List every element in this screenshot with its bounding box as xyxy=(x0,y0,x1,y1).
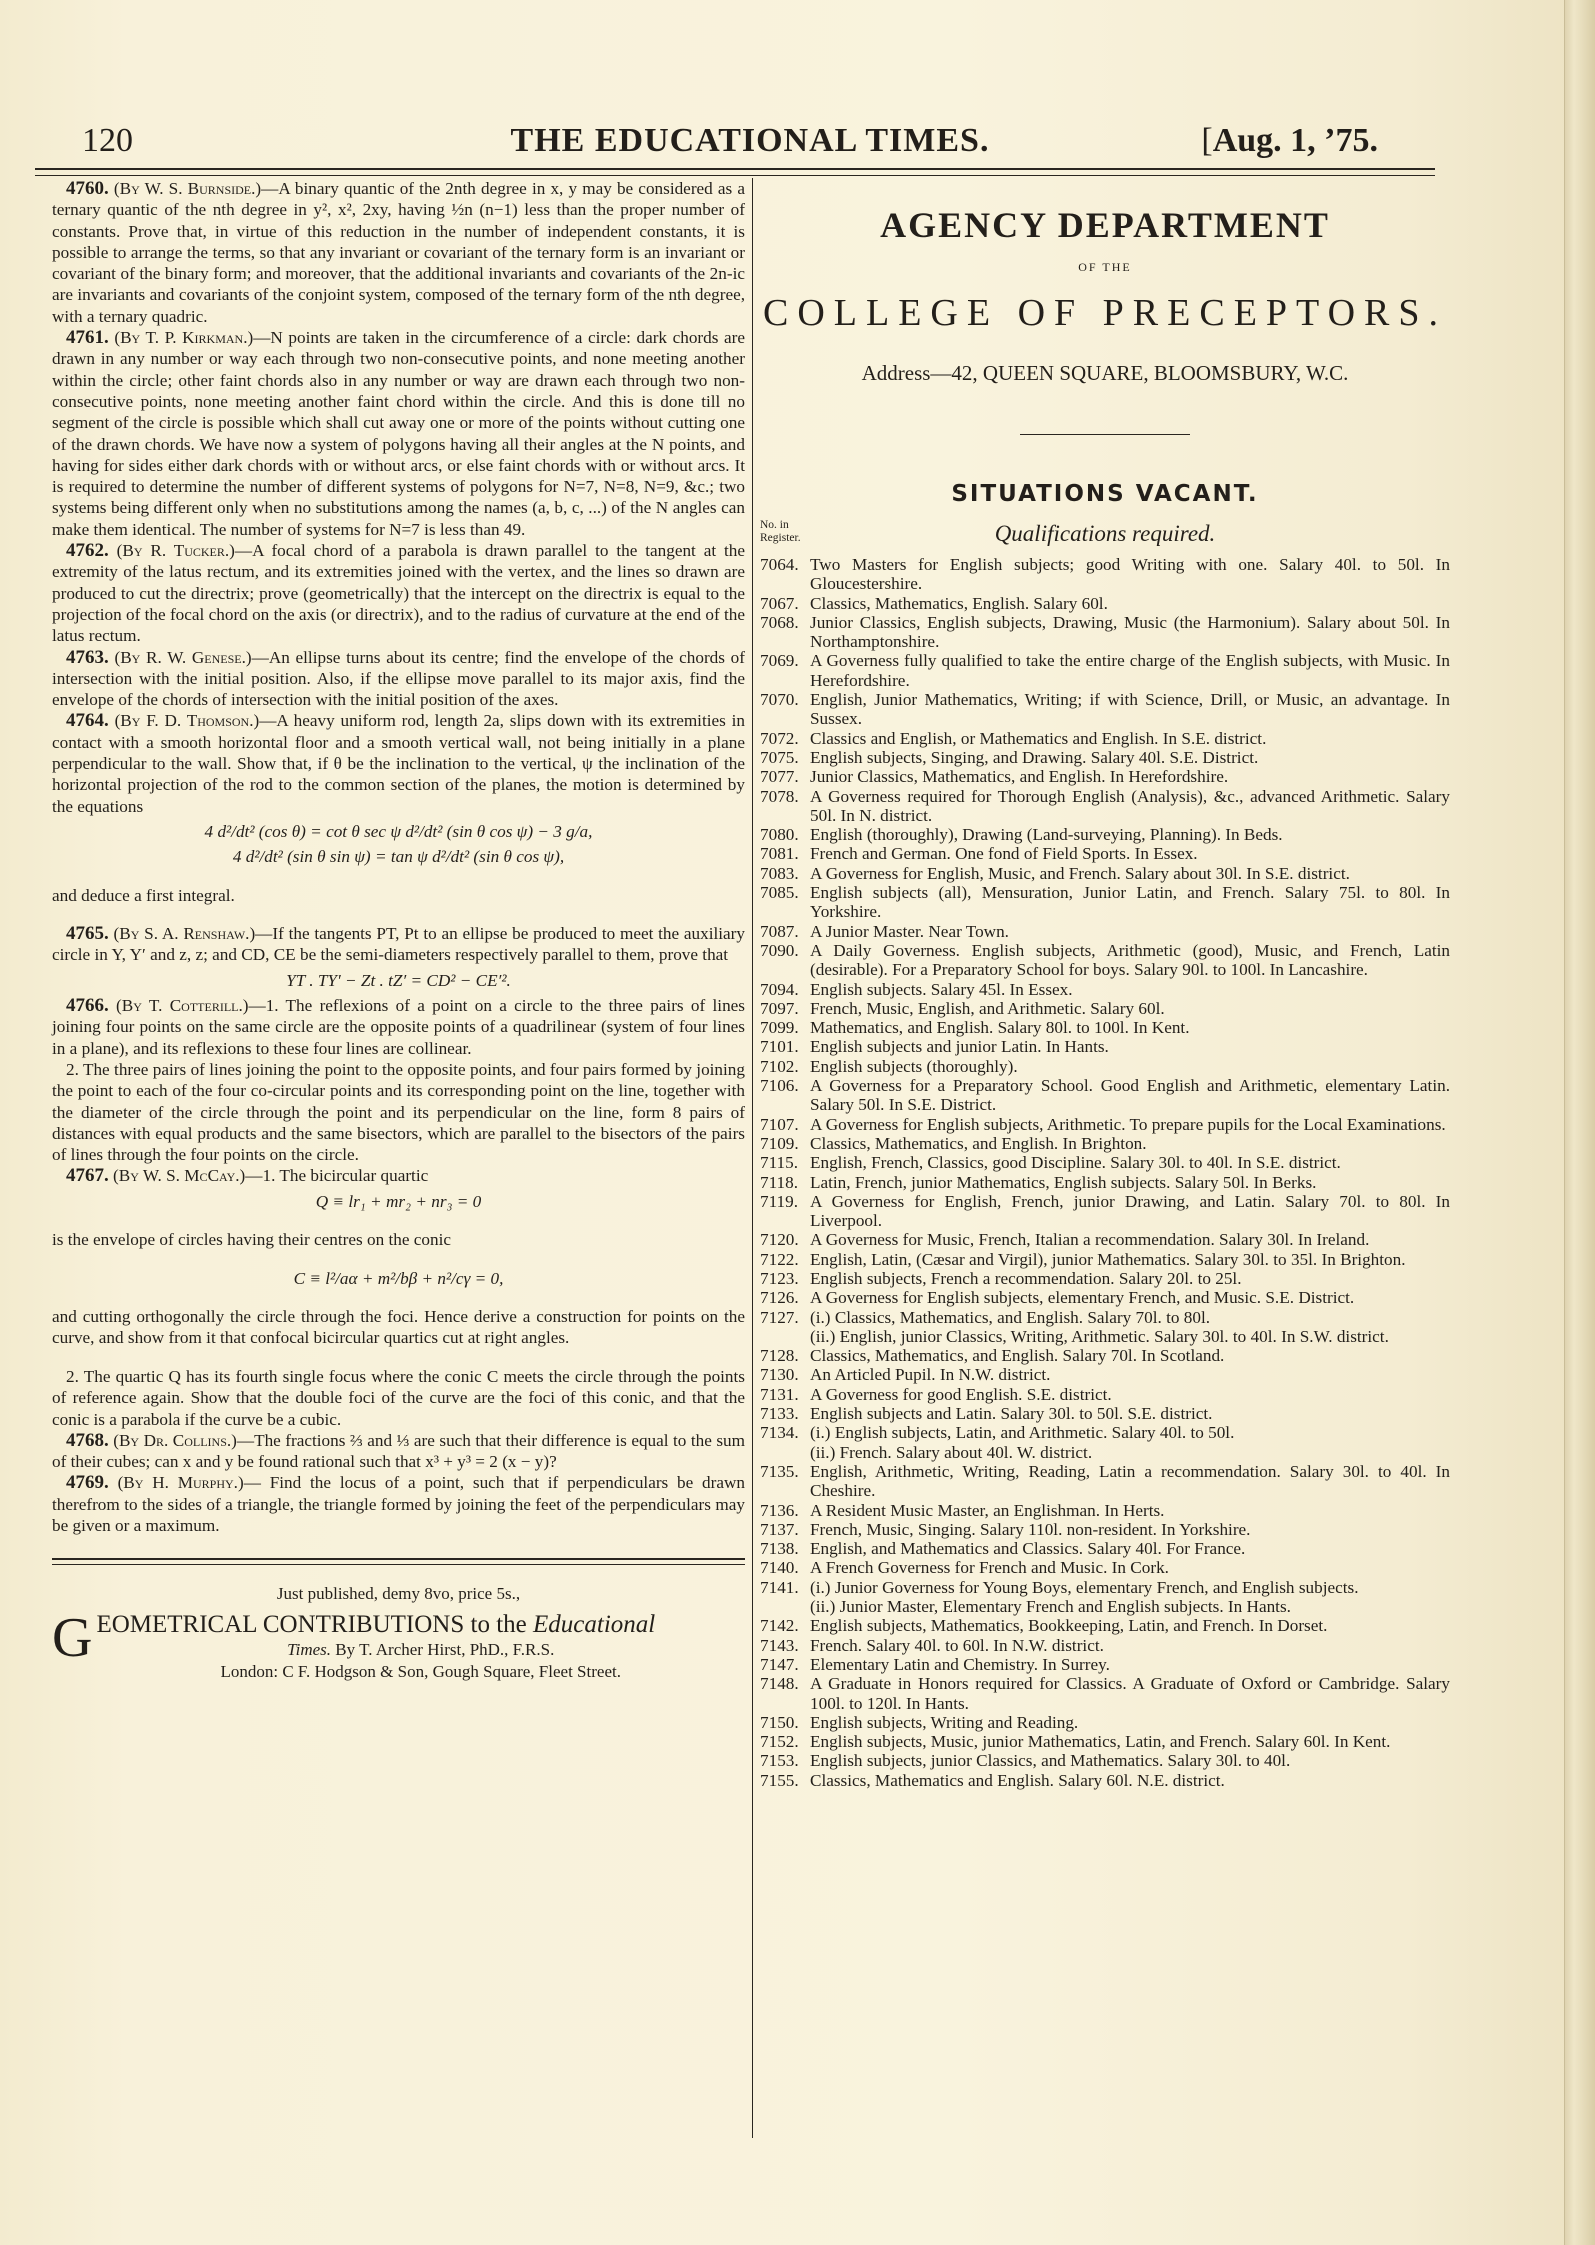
situation-row: 7127.(i.) Classics, Mathematics, and Eng… xyxy=(760,1308,1450,1347)
situation-row: 7119.A Governess for English, French, ju… xyxy=(760,1192,1450,1231)
situation-qualifications: Latin, French, junior Mathematics, Engli… xyxy=(810,1173,1450,1192)
situation-text: English, Junior Mathematics, Writing; if… xyxy=(810,690,1450,729)
register-number: 7134. xyxy=(760,1423,810,1462)
problem-author: (By Dr. Collins.) xyxy=(113,1431,237,1450)
situation-text: Latin, French, junior Mathematics, Engli… xyxy=(810,1173,1450,1192)
situation-text: (i.) Junior Governess for Young Boys, el… xyxy=(810,1578,1450,1597)
situation-qualifications: A Governess for English subjects, elemen… xyxy=(810,1288,1450,1307)
problem-number: 4764. xyxy=(66,710,109,731)
situation-text-alt: (ii.) Junior Master, Elementary French a… xyxy=(810,1597,1450,1616)
situation-text: English subjects (thoroughly). xyxy=(810,1057,1450,1076)
situation-qualifications: English subjects, junior Classics, and M… xyxy=(810,1751,1450,1770)
situation-text: Classics and English, or Mathematics and… xyxy=(810,729,1450,748)
problem-part-2: 2. The three pairs of lines joining the … xyxy=(52,1059,745,1165)
problem-continuation: and cutting orthogonally the circle thro… xyxy=(52,1306,745,1349)
situation-qualifications: Two Masters for English subjects; good W… xyxy=(810,555,1450,594)
situation-qualifications: English, and Mathematics and Classics. S… xyxy=(810,1539,1450,1558)
situation-qualifications: Classics, Mathematics and English. Salar… xyxy=(810,1771,1450,1790)
situation-qualifications: Elementary Latin and Chemistry. In Surre… xyxy=(810,1655,1450,1674)
problem-author: (By R. Tucker.) xyxy=(117,541,235,560)
situation-qualifications: Classics, Mathematics, and English. Sala… xyxy=(810,1346,1450,1365)
register-number: 7080. xyxy=(760,825,810,844)
situation-row: 7097.French, Music, English, and Arithme… xyxy=(760,999,1450,1018)
situation-row: 7115.English, French, Classics, good Dis… xyxy=(760,1153,1450,1172)
problem-author: (By H. Murphy.) xyxy=(118,1473,244,1492)
situation-row: 7101.English subjects and junior Latin. … xyxy=(760,1037,1450,1056)
equation: YT . TY′ − Zt . tZ′ = CD² − CE′². xyxy=(52,970,745,991)
register-number: 7128. xyxy=(760,1346,810,1365)
situation-text: English subjects (all), Mensuration, Jun… xyxy=(810,883,1450,922)
situation-text-alt: (ii.) French. Salary about 40l. W. distr… xyxy=(810,1443,1450,1462)
situation-qualifications: Classics, Mathematics, and English. In B… xyxy=(810,1134,1450,1153)
register-number: 7075. xyxy=(760,748,810,767)
situation-qualifications: English subjects and Latin. Salary 30l. … xyxy=(810,1404,1450,1423)
situation-row: 7140.A French Governess for French and M… xyxy=(760,1558,1450,1577)
equation: C ≡ l²/aα + m²/bβ + n²/cγ = 0, xyxy=(52,1268,745,1289)
situation-text: English, and Mathematics and Classics. S… xyxy=(810,1539,1450,1558)
situation-qualifications: English, Junior Mathematics, Writing; if… xyxy=(810,690,1450,729)
advert-initial: G xyxy=(52,1613,92,1663)
situation-row: 7090.A Daily Governess. English subjects… xyxy=(760,941,1450,980)
qualifications-header: Qualifications required. xyxy=(760,521,1450,547)
situation-qualifications: A French Governess for French and Music.… xyxy=(810,1558,1450,1577)
situation-text: English subjects, Writing and Reading. xyxy=(810,1713,1450,1732)
problem-continuation: is the envelope of circles having their … xyxy=(52,1229,745,1250)
situation-qualifications: A Governess for Music, French, Italian a… xyxy=(810,1230,1450,1249)
situation-text: Junior Classics, English subjects, Drawi… xyxy=(810,613,1450,652)
situation-row: 7068.Junior Classics, English subjects, … xyxy=(760,613,1450,652)
agency-title: AGENCY DEPARTMENT xyxy=(760,204,1450,246)
register-number: 7133. xyxy=(760,1404,810,1423)
register-number: 7140. xyxy=(760,1558,810,1577)
situation-row: 7102.English subjects (thoroughly). xyxy=(760,1057,1450,1076)
situation-row: 7123.English subjects, French a recommen… xyxy=(760,1269,1450,1288)
situation-row: 7152.English subjects, Music, junior Mat… xyxy=(760,1732,1450,1751)
register-number: 7119. xyxy=(760,1192,810,1231)
problem-text: —N points are taken in the circumference… xyxy=(52,328,745,539)
situation-text: A Junior Master. Near Town. xyxy=(810,922,1450,941)
register-number: 7097. xyxy=(760,999,810,1018)
register-number: 7099. xyxy=(760,1018,810,1037)
situation-text: A Governess fully qualified to take the … xyxy=(810,651,1450,690)
situation-row: 7085.English subjects (all), Mensuration… xyxy=(760,883,1450,922)
problem-4760: 4760. (By W. S. Burnside.)—A binary quan… xyxy=(52,178,745,327)
situation-qualifications: Classics and English, or Mathematics and… xyxy=(810,729,1450,748)
issue-date: [Aug. 1, ’75. xyxy=(1201,122,1378,160)
situation-row: 7137.French, Music, Singing. Salary 110l… xyxy=(760,1520,1450,1539)
situation-text: Classics, Mathematics, and English. In B… xyxy=(810,1134,1450,1153)
header-double-rule xyxy=(35,168,1435,176)
situation-row: 7126.A Governess for English subjects, e… xyxy=(760,1288,1450,1307)
situation-qualifications: English subjects and junior Latin. In Ha… xyxy=(810,1037,1450,1056)
situation-qualifications: A Governess required for Thorough Englis… xyxy=(810,787,1450,826)
situation-qualifications: English subjects, Music, junior Mathemat… xyxy=(810,1732,1450,1751)
situation-text: A Graduate in Honors required for Classi… xyxy=(810,1674,1450,1713)
situation-qualifications: English subjects, Writing and Reading. xyxy=(810,1713,1450,1732)
problem-number: 4768. xyxy=(66,1430,109,1451)
problem-4763: 4763. (By R. W. Genese.)—An ellipse turn… xyxy=(52,647,745,711)
problem-4767: 4767. (By W. S. McCay.)—1. The bicircula… xyxy=(52,1165,745,1186)
problem-4765: 4765. (By S. A. Renshaw.)—If the tangent… xyxy=(52,923,745,966)
situation-row: 7130.An Articled Pupil. In N.W. district… xyxy=(760,1365,1450,1384)
problem-number: 4763. xyxy=(66,647,109,668)
situation-text: An Articled Pupil. In N.W. district. xyxy=(810,1365,1450,1384)
situation-text: Mathematics, and English. Salary 80l. to… xyxy=(810,1018,1450,1037)
problem-4766: 4766. (By T. Cotterill.)—1. The reflexio… xyxy=(52,995,745,1059)
register-number: 7070. xyxy=(760,690,810,729)
situation-text: A Governess for English, Music, and Fren… xyxy=(810,864,1450,883)
situation-qualifications: English subjects. Salary 45l. In Essex. xyxy=(810,980,1450,999)
situation-text: English subjects, Singing, and Drawing. … xyxy=(810,748,1450,767)
register-number: 7087. xyxy=(760,922,810,941)
situation-qualifications: English subjects (all), Mensuration, Jun… xyxy=(810,883,1450,922)
situation-row: 7136.A Resident Music Master, an English… xyxy=(760,1501,1450,1520)
situation-row: 7069.A Governess fully qualified to take… xyxy=(760,651,1450,690)
situation-row: 7148.A Graduate in Honors required for C… xyxy=(760,1674,1450,1713)
situation-row: 7143.French. Salary 40l. to 60l. In N.W.… xyxy=(760,1636,1450,1655)
situation-qualifications: A Governess for good English. S.E. distr… xyxy=(810,1385,1450,1404)
register-number: 7138. xyxy=(760,1539,810,1558)
situation-qualifications: A Governess for English subjects, Arithm… xyxy=(810,1115,1450,1134)
column-divider xyxy=(752,178,753,2138)
date-text: Aug. 1, ’75. xyxy=(1213,122,1378,159)
situation-row: 7150.English subjects, Writing and Readi… xyxy=(760,1713,1450,1732)
page-binding-edge xyxy=(1564,0,1595,2245)
situations-list: 7064.Two Masters for English subjects; g… xyxy=(760,555,1450,1790)
situation-text: (i.) Classics, Mathematics, and English.… xyxy=(810,1308,1450,1327)
agency-department-column: AGENCY DEPARTMENT OF THE COLLEGE OF PREC… xyxy=(760,190,1450,1790)
situation-text: English, Arithmetic, Writing, Reading, L… xyxy=(810,1462,1450,1501)
situation-text: A Daily Governess. English subjects, Ari… xyxy=(810,941,1450,980)
situation-text: English, French, Classics, good Discipli… xyxy=(810,1153,1450,1172)
situation-text: Classics, Mathematics and English. Salar… xyxy=(810,1771,1450,1790)
problem-part-2: 2. The quartic Q has its fourth single f… xyxy=(52,1366,745,1430)
situation-text: A Governess for Music, French, Italian a… xyxy=(810,1230,1450,1249)
section-rule xyxy=(1020,434,1190,435)
situation-row: 7070.English, Junior Mathematics, Writin… xyxy=(760,690,1450,729)
situation-text: English subjects, French a recommendatio… xyxy=(810,1269,1450,1288)
register-number: 7120. xyxy=(760,1230,810,1249)
situation-text: English subjects, Mathematics, Bookkeepi… xyxy=(810,1616,1450,1635)
situation-qualifications: English subjects, Mathematics, Bookkeepi… xyxy=(810,1616,1450,1635)
register-number: 7090. xyxy=(760,941,810,980)
advert-author-line: Times. By T. Archer Hirst, PhD., F.R.S. xyxy=(52,1639,745,1661)
situation-qualifications: French, Music, English, and Arithmetic. … xyxy=(810,999,1450,1018)
register-number: 7131. xyxy=(760,1385,810,1404)
situation-text: Classics, Mathematics, and English. Sala… xyxy=(810,1346,1450,1365)
situation-qualifications: English (thoroughly), Drawing (Land-surv… xyxy=(810,825,1450,844)
problem-author: (By T. P. Kirkman.) xyxy=(114,328,253,347)
situation-qualifications: English, Latin, (Cæsar and Virgil), juni… xyxy=(810,1250,1450,1269)
situation-row: 7107.A Governess for English subjects, A… xyxy=(760,1115,1450,1134)
register-number: 7069. xyxy=(760,651,810,690)
advert-title-italic: Educational xyxy=(533,1611,655,1638)
situation-text-alt: (ii.) English, junior Classics, Writing,… xyxy=(810,1327,1450,1346)
situation-row: 7133.English subjects and Latin. Salary … xyxy=(760,1404,1450,1423)
situation-text: A Governess for English subjects, elemen… xyxy=(810,1288,1450,1307)
register-number: 7077. xyxy=(760,767,810,786)
situation-text: English subjects and Latin. Salary 30l. … xyxy=(810,1404,1450,1423)
problem-number: 4760. xyxy=(66,178,109,199)
situation-row: 7120.A Governess for Music, French, Ital… xyxy=(760,1230,1450,1249)
advert-author: By T. Archer Hirst, PhD., F.R.S. xyxy=(335,1640,554,1659)
situation-qualifications: A Governess for English, Music, and Fren… xyxy=(810,864,1450,883)
advert-publisher: London: C F. Hodgson & Son, Gough Square… xyxy=(52,1661,745,1683)
situation-row: 7134.(i.) English subjects, Latin, and A… xyxy=(760,1423,1450,1462)
register-number: 7115. xyxy=(760,1153,810,1172)
register-number: 7155. xyxy=(760,1771,810,1790)
equation: 4 d²/dt² (cos θ) = cot θ sec ψ d²/dt² (s… xyxy=(52,821,745,842)
situation-text: French and German. One fond of Field Spo… xyxy=(810,844,1450,863)
situation-qualifications: A Graduate in Honors required for Classi… xyxy=(810,1674,1450,1713)
register-number: 7067. xyxy=(760,594,810,613)
situation-qualifications: A Governess for a Preparatory School. Go… xyxy=(810,1076,1450,1115)
register-number: 7137. xyxy=(760,1520,810,1539)
register-number: 7078. xyxy=(760,787,810,826)
situation-qualifications: French. Salary 40l. to 60l. In N.W. dist… xyxy=(810,1636,1450,1655)
problem-4769: 4769. (By H. Murphy.)— Find the locus of… xyxy=(52,1472,745,1536)
situation-qualifications: English subjects, French a recommendatio… xyxy=(810,1269,1450,1288)
situation-row: 7155.Classics, Mathematics and English. … xyxy=(760,1771,1450,1790)
situation-qualifications: A Governess fully qualified to take the … xyxy=(810,651,1450,690)
register-number: 7106. xyxy=(760,1076,810,1115)
situation-row: 7064.Two Masters for English subjects; g… xyxy=(760,555,1450,594)
problem-4764: 4764. (By F. D. Thomson.)—A heavy unifor… xyxy=(52,710,745,816)
situation-row: 7131.A Governess for good English. S.E. … xyxy=(760,1385,1450,1404)
situation-row: 7109.Classics, Mathematics, and English.… xyxy=(760,1134,1450,1153)
situation-text: (i.) English subjects, Latin, and Arithm… xyxy=(810,1423,1450,1442)
register-number: 7148. xyxy=(760,1674,810,1713)
problem-number: 4767. xyxy=(66,1165,109,1186)
situation-row: 7118.Latin, French, junior Mathematics, … xyxy=(760,1173,1450,1192)
situation-row: 7077.Junior Classics, Mathematics, and E… xyxy=(760,767,1450,786)
situations-vacant-title: SITUATIONS VACANT. xyxy=(760,481,1450,507)
register-number: 7127. xyxy=(760,1308,810,1347)
situation-qualifications: French, Music, Singing. Salary 110l. non… xyxy=(810,1520,1450,1539)
college-name: COLLEGE OF PRECEPTORS. xyxy=(760,291,1450,335)
problem-author: (By F. D. Thomson.) xyxy=(115,711,260,730)
situation-qualifications: (i.) Classics, Mathematics, and English.… xyxy=(810,1308,1450,1347)
equation: Q ≡ lr₁ + mr₂ + nr₃ = 0 xyxy=(52,1191,745,1212)
register-number: 7085. xyxy=(760,883,810,922)
situation-text: A Governess for English subjects, Arithm… xyxy=(810,1115,1450,1134)
problem-author: (By W. S. Burnside.) xyxy=(114,179,261,198)
situation-text: French. Salary 40l. to 60l. In N.W. dist… xyxy=(810,1636,1450,1655)
equation: 4 d²/dt² (sin θ sin ψ) = tan ψ d²/dt² (s… xyxy=(52,846,745,867)
register-number: 7064. xyxy=(760,555,810,594)
situation-qualifications: An Articled Pupil. In N.W. district. xyxy=(810,1365,1450,1384)
advert-title: GEOMETRICAL CONTRIBUTIONS to the Educati… xyxy=(52,1611,745,1639)
advert-title-text: EOMETRICAL CONTRIBUTIONS to the xyxy=(96,1611,533,1638)
register-number: 7122. xyxy=(760,1250,810,1269)
situation-row: 7135.English, Arithmetic, Writing, Readi… xyxy=(760,1462,1450,1501)
situation-qualifications: A Governess for English, French, junior … xyxy=(810,1192,1450,1231)
register-number: 7147. xyxy=(760,1655,810,1674)
situation-row: 7087.A Junior Master. Near Town. xyxy=(760,922,1450,941)
situation-row: 7067.Classics, Mathematics, English. Sal… xyxy=(760,594,1450,613)
situation-text: English subjects. Salary 45l. In Essex. xyxy=(810,980,1450,999)
situation-text: A Resident Music Master, an Englishman. … xyxy=(810,1501,1450,1520)
situation-qualifications: Junior Classics, English subjects, Drawi… xyxy=(810,613,1450,652)
situation-row: 7080.English (thoroughly), Drawing (Land… xyxy=(760,825,1450,844)
register-number: 7118. xyxy=(760,1173,810,1192)
advert-times-italic: Times. xyxy=(287,1640,335,1659)
situation-text: English subjects and junior Latin. In Ha… xyxy=(810,1037,1450,1056)
register-number: 7102. xyxy=(760,1057,810,1076)
situation-qualifications: French and German. One fond of Field Spo… xyxy=(810,844,1450,863)
situation-row: 7147.Elementary Latin and Chemistry. In … xyxy=(760,1655,1450,1674)
situation-text: English subjects, junior Classics, and M… xyxy=(810,1751,1450,1770)
situation-qualifications: Mathematics, and English. Salary 80l. to… xyxy=(810,1018,1450,1037)
situation-row: 7128.Classics, Mathematics, and English.… xyxy=(760,1346,1450,1365)
situation-row: 7141.(i.) Junior Governess for Young Boy… xyxy=(760,1578,1450,1617)
register-number: 7083. xyxy=(760,864,810,883)
situation-text: French, Music, Singing. Salary 110l. non… xyxy=(810,1520,1450,1539)
situation-text: A Governess for good English. S.E. distr… xyxy=(810,1385,1450,1404)
advert-pub-line: Just published, demy 8vo, price 5s., xyxy=(52,1583,745,1604)
of-the-label: OF THE xyxy=(760,260,1450,275)
register-number: 7142. xyxy=(760,1616,810,1635)
situation-text: Junior Classics, Mathematics, and Englis… xyxy=(810,767,1450,786)
register-number: 7135. xyxy=(760,1462,810,1501)
situation-qualifications: English subjects (thoroughly). xyxy=(810,1057,1450,1076)
register-number: 7068. xyxy=(760,613,810,652)
situation-text: A Governess required for Thorough Englis… xyxy=(810,787,1450,826)
situation-text: A Governess for English, French, junior … xyxy=(810,1192,1450,1231)
problem-author: (By S. A. Renshaw.) xyxy=(114,924,256,943)
situation-row: 7078.A Governess required for Thorough E… xyxy=(760,787,1450,826)
situation-text: A French Governess for French and Music.… xyxy=(810,1558,1450,1577)
register-number: 7101. xyxy=(760,1037,810,1056)
register-number: 7141. xyxy=(760,1578,810,1617)
situation-row: 7081.French and German. One fond of Fiel… xyxy=(760,844,1450,863)
problem-number: 4765. xyxy=(66,923,109,944)
situation-qualifications: English subjects, Singing, and Drawing. … xyxy=(810,748,1450,767)
register-number: 7081. xyxy=(760,844,810,863)
register-number: 7150. xyxy=(760,1713,810,1732)
problem-author: (By T. Cotterill.) xyxy=(116,996,248,1015)
situation-qualifications: Classics, Mathematics, English. Salary 6… xyxy=(810,594,1450,613)
situation-row: 7075.English subjects, Singing, and Draw… xyxy=(760,748,1450,767)
situation-text: A Governess for a Preparatory School. Go… xyxy=(810,1076,1450,1115)
situation-qualifications: A Daily Governess. English subjects, Ari… xyxy=(810,941,1450,980)
situation-qualifications: A Resident Music Master, an Englishman. … xyxy=(810,1501,1450,1520)
situation-qualifications: Junior Classics, Mathematics, and Englis… xyxy=(810,767,1450,786)
situation-row: 7094.English subjects. Salary 45l. In Es… xyxy=(760,980,1450,999)
register-number: 7126. xyxy=(760,1288,810,1307)
situation-row: 7083.A Governess for English, Music, and… xyxy=(760,864,1450,883)
register-number: 7094. xyxy=(760,980,810,999)
page-header: 120 THE EDUCATIONAL TIMES. [Aug. 1, ’75. xyxy=(52,118,1448,168)
register-number: 7143. xyxy=(760,1636,810,1655)
mathematical-questions-column: 4760. (By W. S. Burnside.)—A binary quan… xyxy=(52,178,745,1683)
situation-text: Two Masters for English subjects; good W… xyxy=(810,555,1450,594)
situation-row: 7138.English, and Mathematics and Classi… xyxy=(760,1539,1450,1558)
problem-number: 4766. xyxy=(66,995,109,1016)
situation-text: French, Music, English, and Arithmetic. … xyxy=(810,999,1450,1018)
register-number: 7153. xyxy=(760,1751,810,1770)
situation-text: Classics, Mathematics, English. Salary 6… xyxy=(810,594,1450,613)
situation-text: English, Latin, (Cæsar and Virgil), juni… xyxy=(810,1250,1450,1269)
problem-4768: 4768. (By Dr. Collins.)—The fractions ⅔ … xyxy=(52,1430,745,1473)
situation-row: 7072.Classics and English, or Mathematic… xyxy=(760,729,1450,748)
register-number: 7130. xyxy=(760,1365,810,1384)
register-number: 7136. xyxy=(760,1501,810,1520)
situation-qualifications: A Junior Master. Near Town. xyxy=(810,922,1450,941)
situation-row: 7142.English subjects, Mathematics, Book… xyxy=(760,1616,1450,1635)
situation-row: 7122.English, Latin, (Cæsar and Virgil),… xyxy=(760,1250,1450,1269)
register-number: 7152. xyxy=(760,1732,810,1751)
situation-text: English subjects, Music, junior Mathemat… xyxy=(810,1732,1450,1751)
problem-number: 4762. xyxy=(66,540,109,561)
situation-text: Elementary Latin and Chemistry. In Surre… xyxy=(810,1655,1450,1674)
advert-rule xyxy=(52,1558,745,1565)
situation-row: 7099.Mathematics, and English. Salary 80… xyxy=(760,1018,1450,1037)
situation-qualifications: (i.) Junior Governess for Young Boys, el… xyxy=(810,1578,1450,1617)
problem-4761: 4761. (By T. P. Kirkman.)—N points are t… xyxy=(52,327,745,540)
register-number: 7072. xyxy=(760,729,810,748)
situation-text: English (thoroughly), Drawing (Land-surv… xyxy=(810,825,1450,844)
situations-column-headers: No. in Register. Qualifications required… xyxy=(760,515,1450,555)
situation-qualifications: English, French, Classics, good Discipli… xyxy=(810,1153,1450,1172)
date-bracket: [ xyxy=(1201,122,1212,159)
problem-number: 4761. xyxy=(66,327,109,348)
problem-author: (By R. W. Genese.) xyxy=(114,648,251,667)
problem-4762: 4762. (By R. Tucker.)—A focal chord of a… xyxy=(52,540,745,646)
problem-number: 4769. xyxy=(66,1472,109,1493)
problem-text: —1. The bicircular quartic xyxy=(245,1166,428,1185)
register-number: 7107. xyxy=(760,1115,810,1134)
agency-address: Address—42, QUEEN SQUARE, BLOOMSBURY, W.… xyxy=(760,361,1450,386)
problem-continuation: and deduce a first integral. xyxy=(52,885,745,906)
register-number: 7123. xyxy=(760,1269,810,1288)
situation-qualifications: English, Arithmetic, Writing, Reading, L… xyxy=(810,1462,1450,1501)
situation-qualifications: (i.) English subjects, Latin, and Arithm… xyxy=(810,1423,1450,1462)
register-number: 7109. xyxy=(760,1134,810,1153)
situation-row: 7106.A Governess for a Preparatory Schoo… xyxy=(760,1076,1450,1115)
problem-author: (By W. S. McCay.) xyxy=(113,1166,245,1185)
situation-row: 7153.English subjects, junior Classics, … xyxy=(760,1751,1450,1770)
problem-text: —A binary quantic of the 2nth degree in … xyxy=(52,179,745,326)
